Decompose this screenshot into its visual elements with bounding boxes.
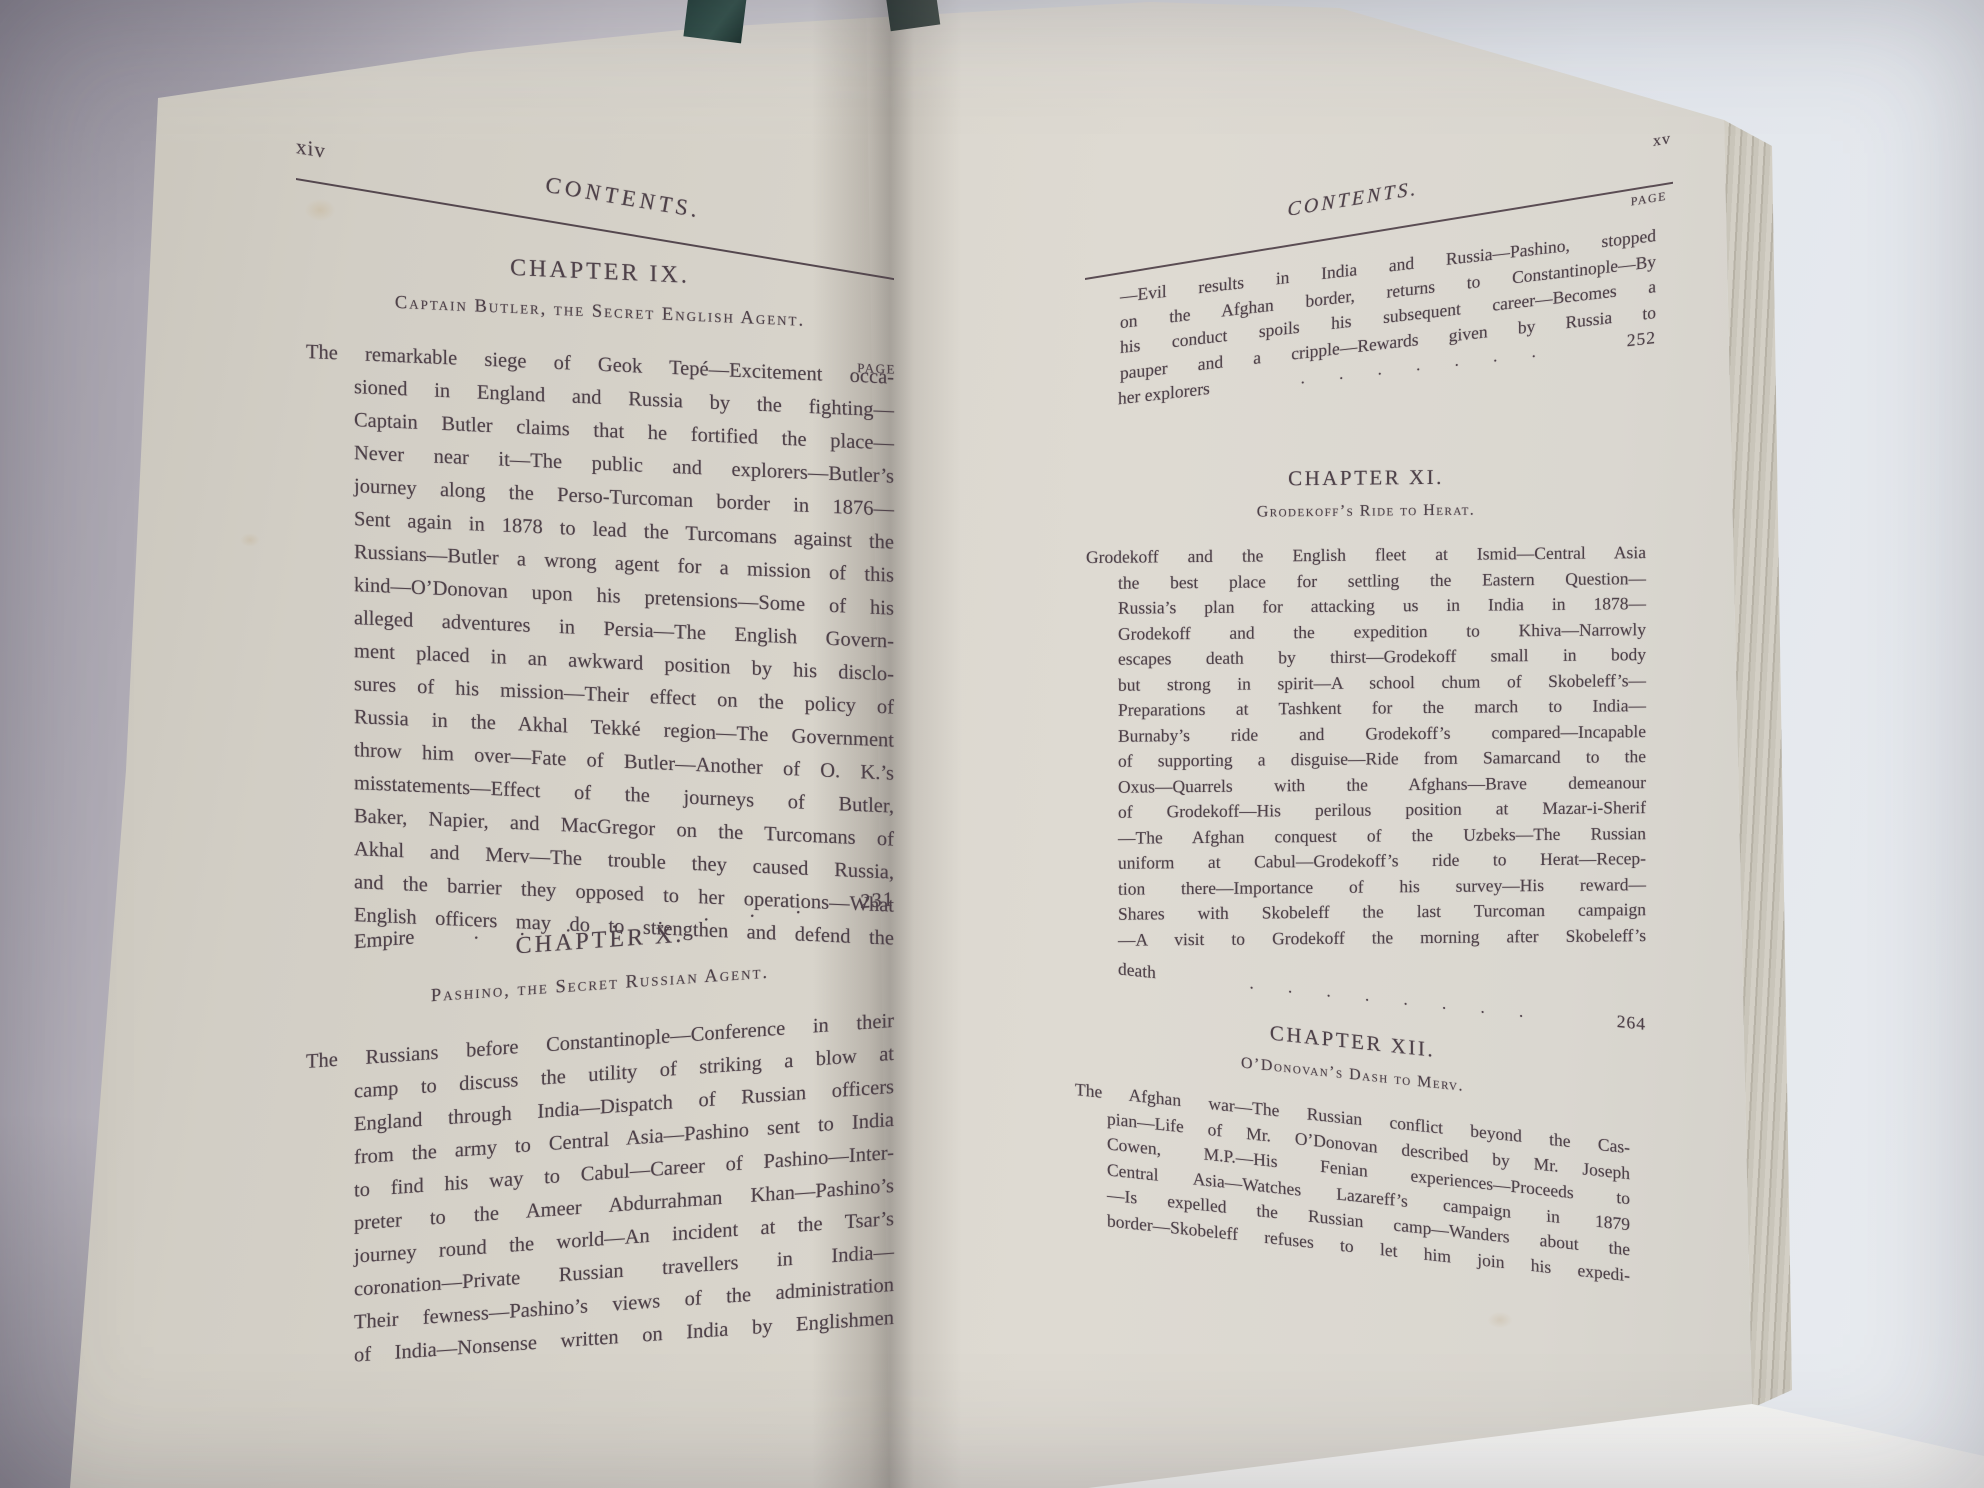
folio-number: xv: [1653, 130, 1671, 151]
page-number: 252: [1627, 325, 1656, 354]
chapter-subtitle: Grodekoff’s Ride to Herat.: [1086, 500, 1646, 523]
chapter-xi-entry: CHAPTER XI. Grodekoff’s Ride to Herat. G…: [1086, 463, 1646, 978]
toc-paragraph: Grodekoff and the English fleet at Ismid…: [1086, 540, 1646, 953]
toc-line: —A visit to Grodekoff the morning after …: [1086, 923, 1646, 953]
page-number: 264: [1617, 1009, 1646, 1038]
folio-number: xiv: [296, 134, 326, 164]
book-photo: xiv CONTENTS. CHAPTER IX. Captain Butler…: [0, 0, 1984, 1488]
chapter-heading: CHAPTER XI.: [1086, 463, 1646, 493]
toc-line: death: [1118, 956, 1156, 985]
chapter-x-entry: CHAPTER X. Pashino, the Secret Russian A…: [306, 907, 894, 1376]
chapter-ix-entry: CHAPTER IX. Captain Butler, the Secret E…: [306, 208, 894, 989]
chapter-subtitle: Captain Butler, the Secret English Agent…: [306, 289, 894, 336]
page-column-label: PAGE: [857, 360, 896, 378]
chapter-heading: CHAPTER IX.: [306, 246, 894, 299]
book-cover-edge: [683, 0, 746, 43]
toc-paragraph: The remarkable siege of Geok Tepé—Excite…: [306, 336, 894, 956]
toc-paragraph: The Russians before Constantinople—Confe…: [306, 1005, 894, 1376]
